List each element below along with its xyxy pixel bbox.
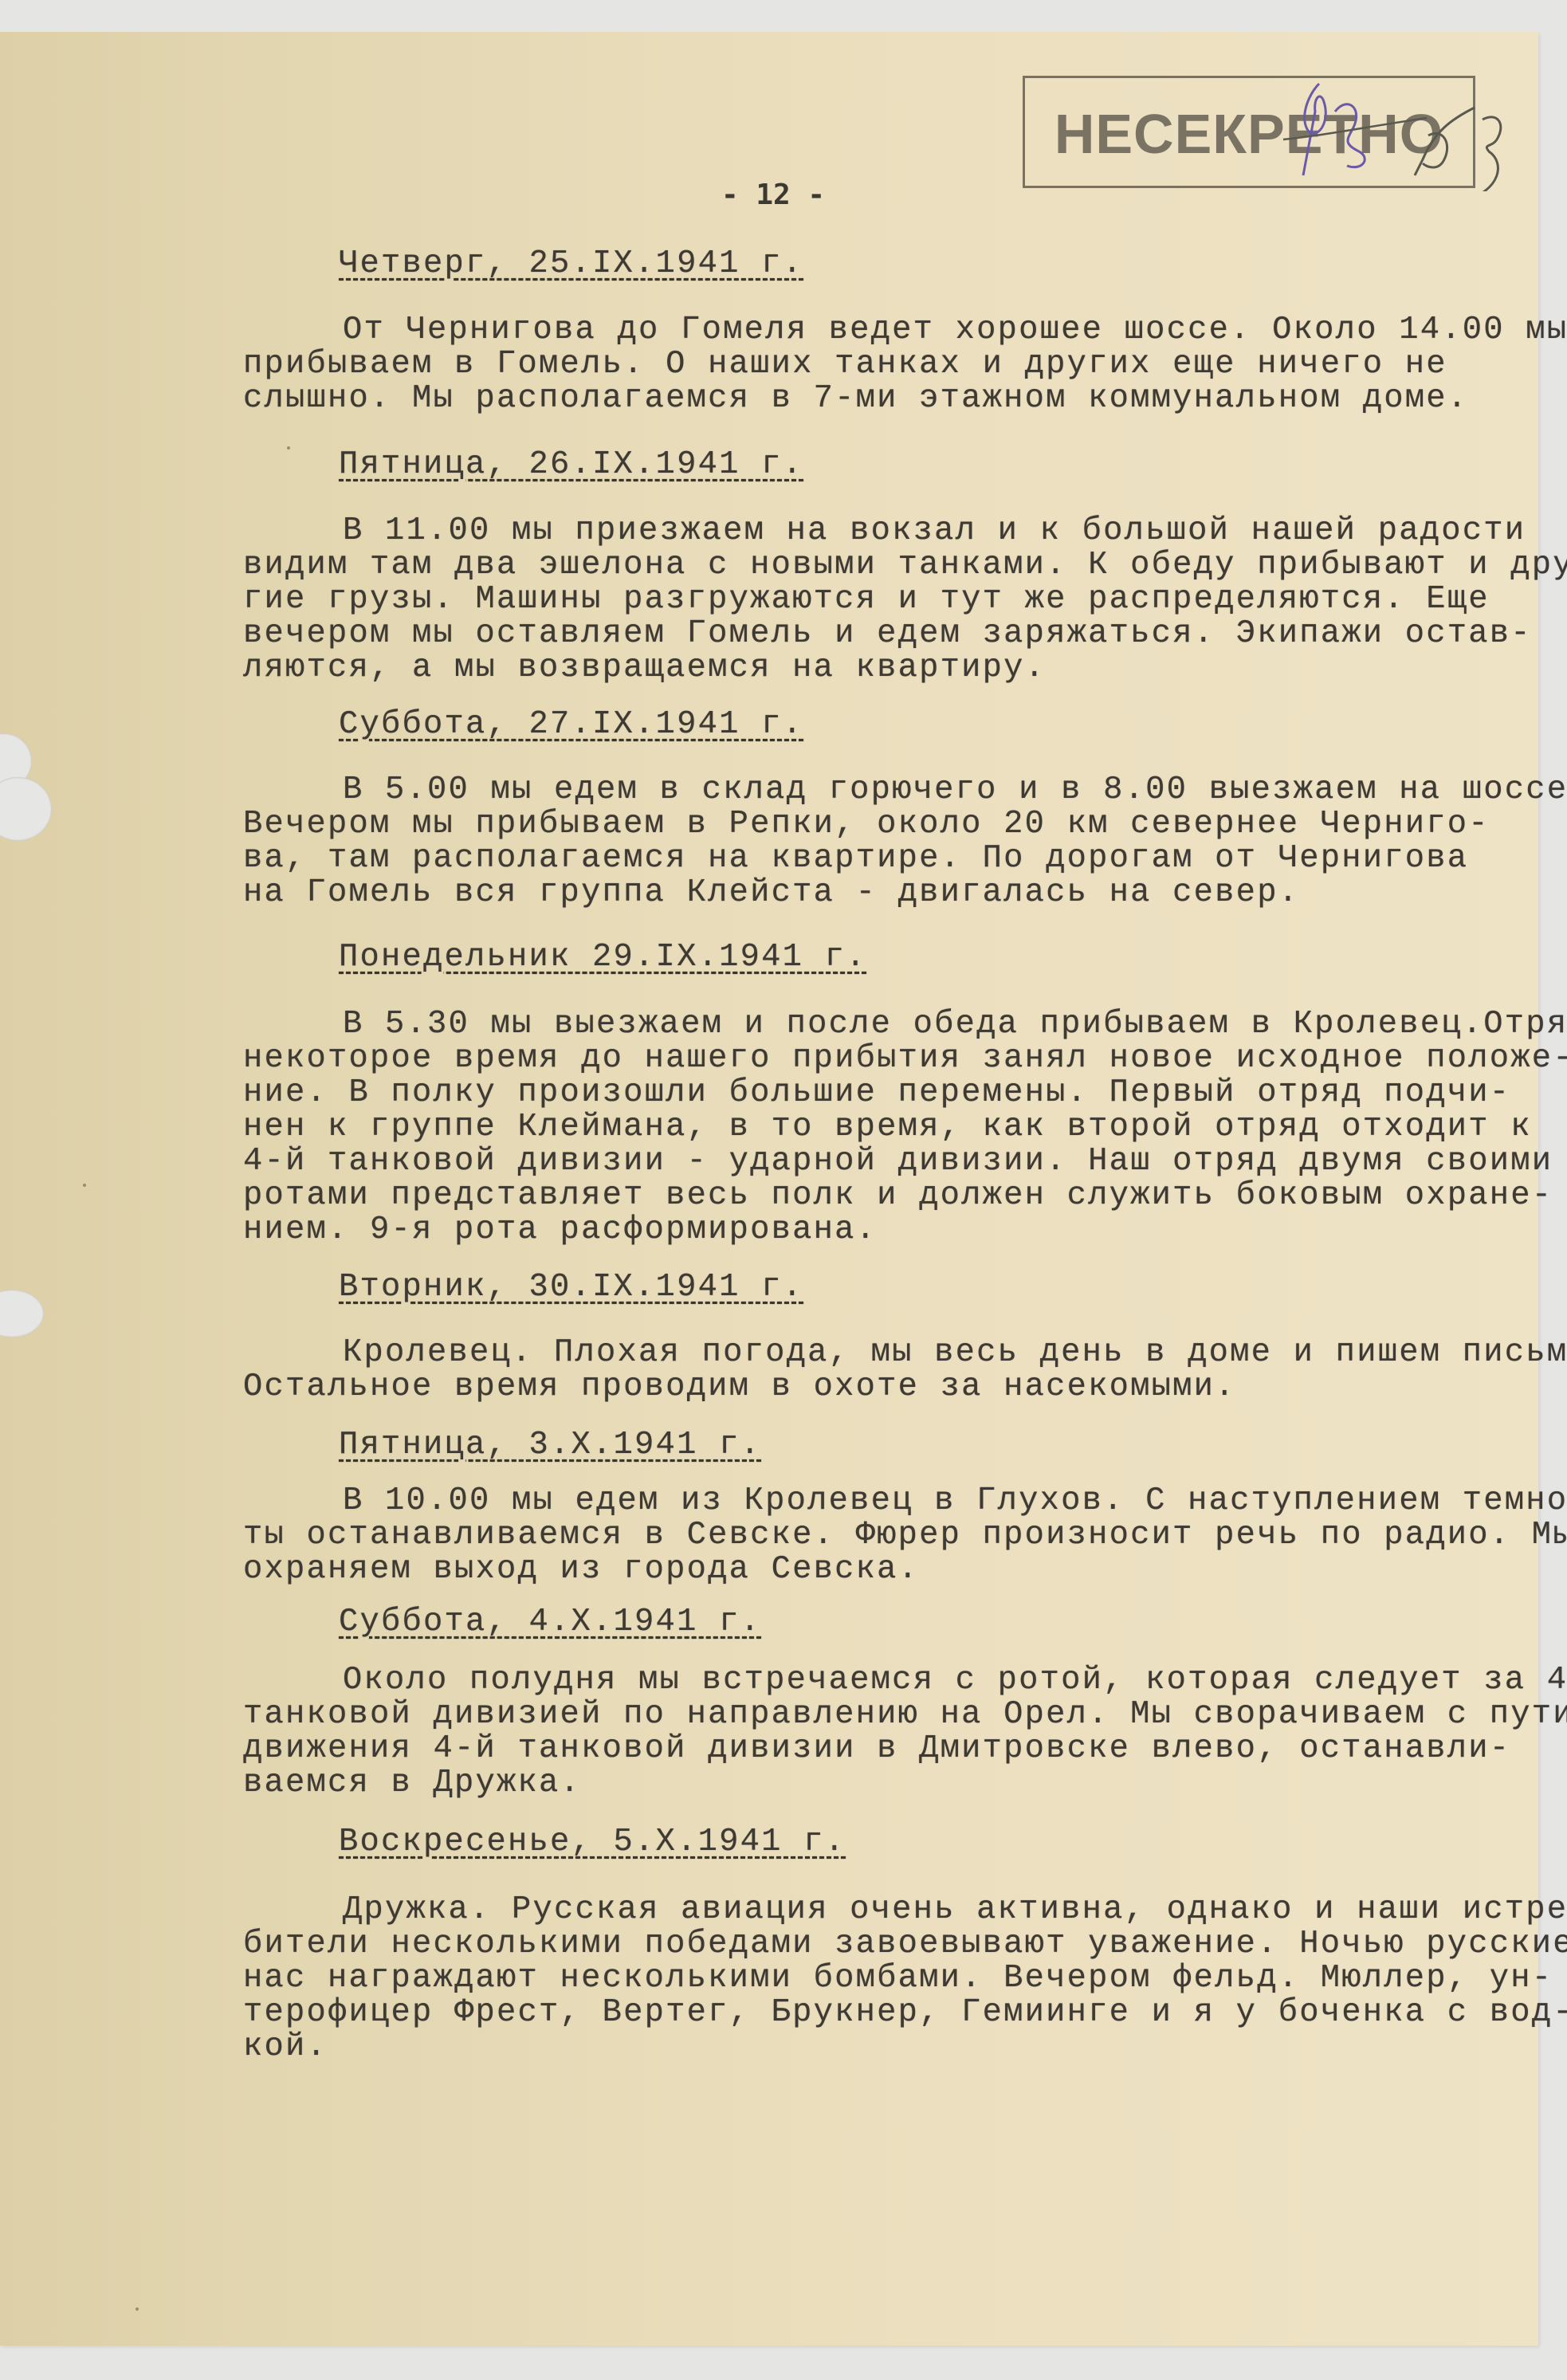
paragraph-line: вечером мы оставляем Гомель и едем заряж… (243, 617, 1567, 651)
paragraph-line: 4-й танковой дивизии - ударной дивизии. … (243, 1145, 1567, 1179)
paragraph-line: слышно. Мы располагаемся в 7-ми этажном … (243, 382, 1567, 416)
entry-paragraph: От Чернигова до Гомеля ведет хорошее шос… (243, 313, 1567, 416)
paragraph-line: ты останавливаемся в Севске. Фюрер произ… (243, 1518, 1567, 1553)
paragraph-line: ва, там располагаемся на квартире. По до… (243, 842, 1567, 876)
entry-date-heading: Воскресенье, 5.X.1941 г. (339, 1824, 846, 1860)
entry-date-heading: Пятница, 26.IX.1941 г. (339, 446, 803, 483)
entry-paragraph: Около полудня мы встречаемся с ротой, ко… (243, 1663, 1567, 1801)
paragraph-line: некоторое время до нашего прибытия занял… (243, 1042, 1567, 1076)
paragraph-line: Остальное время проводим в охоте за насе… (243, 1370, 1567, 1404)
entry-date-heading: Четверг, 25.IX.1941 г. (339, 245, 803, 282)
paragraph-line: В 10.00 мы едем из Кролевец в Глухов. С … (243, 1484, 1567, 1518)
paragraph-line: гие грузы. Машины разгружаются и тут же … (243, 583, 1567, 617)
paragraph-line: на Гомель вся группа Клейста - двигалась… (243, 876, 1567, 910)
entry-paragraph: Дружка. Русская авиация очень активна, о… (243, 1893, 1567, 2064)
punch-hole (0, 1290, 44, 1337)
entry-date-heading: Суббота, 27.IX.1941 г. (339, 706, 803, 743)
entry-paragraph: В 10.00 мы едем из Кролевец в Глухов. С … (243, 1484, 1567, 1587)
entry-date-heading: Суббота, 4.X.1941 г. (339, 1604, 761, 1640)
entry-date-heading: Пятница, 3.X.1941 г. (339, 1427, 761, 1463)
paragraph-line: ляются, а мы возвращаемся на квартиру. (243, 651, 1567, 685)
paragraph-line: бители несколькими победами завоевывают … (243, 1927, 1567, 1962)
paragraph-line: кой. (243, 2030, 1567, 2064)
paragraph-line: В 5.30 мы выезжаем и после обеда прибыва… (243, 1007, 1567, 1042)
entry-paragraph: Кролевец. Плохая погода, мы весь день в … (243, 1336, 1567, 1404)
entry-date-heading: Понедельник 29.IX.1941 г. (339, 939, 867, 976)
entry-paragraph: В 5.00 мы едем в склад горючего и в 8.00… (243, 773, 1567, 910)
paragraph-line: движения 4-й танковой дивизии в Дмитровс… (243, 1732, 1567, 1766)
paragraph-line: Кролевец. Плохая погода, мы весь день в … (243, 1336, 1567, 1370)
paragraph-line: танковой дивизией по направлению на Орел… (243, 1698, 1567, 1732)
paragraph-line: видим там два эшелона с новыми танками. … (243, 548, 1567, 583)
paragraph-line: нием. 9-я рота расформирована. (243, 1213, 1567, 1247)
paragraph-line: терофицер Фрест, Вертег, Брукнер, Гемиин… (243, 1996, 1567, 2030)
paragraph-line: нас награждают несколькими бомбами. Вече… (243, 1962, 1567, 1996)
punch-hole (0, 777, 52, 841)
entry-date-heading: Вторник, 30.IX.1941 г. (339, 1269, 803, 1306)
paragraph-line: ротами представляет весь полк и должен с… (243, 1179, 1567, 1213)
entry-paragraph: В 11.00 мы приезжаем на вокзал и к больш… (243, 514, 1567, 685)
classification-stamp-text: НЕСЕКРЕТНО (1054, 102, 1443, 166)
entry-paragraph: В 5.30 мы выезжаем и после обеда прибыва… (243, 1007, 1567, 1247)
paragraph-line: охраняем выход из города Севска. (243, 1553, 1567, 1587)
paragraph-line: В 5.00 мы едем в склад горючего и в 8.00… (243, 773, 1567, 807)
page-number: - 12 - (0, 179, 1538, 211)
paragraph-line: прибываем в Гомель. О наших танках и дру… (243, 348, 1567, 382)
paragraph-line: От Чернигова до Гомеля ведет хорошее шос… (243, 313, 1567, 348)
paragraph-line: В 11.00 мы приезжаем на вокзал и к больш… (243, 514, 1567, 548)
paragraph-line: Дружка. Русская авиация очень активна, о… (243, 1893, 1567, 1927)
paragraph-line: Около полудня мы встречаемся с ротой, ко… (243, 1663, 1567, 1698)
paragraph-line: нен к группе Клеймана, в то время, как в… (243, 1110, 1567, 1145)
paragraph-line: ние. В полку произошли большие перемены.… (243, 1076, 1567, 1110)
classification-stamp: НЕСЕКРЕТНО (1023, 76, 1475, 188)
paragraph-line: Вечером мы прибываем в Репки, около 20 к… (243, 807, 1567, 842)
paragraph-line: ваемся в Дружка. (243, 1766, 1567, 1801)
